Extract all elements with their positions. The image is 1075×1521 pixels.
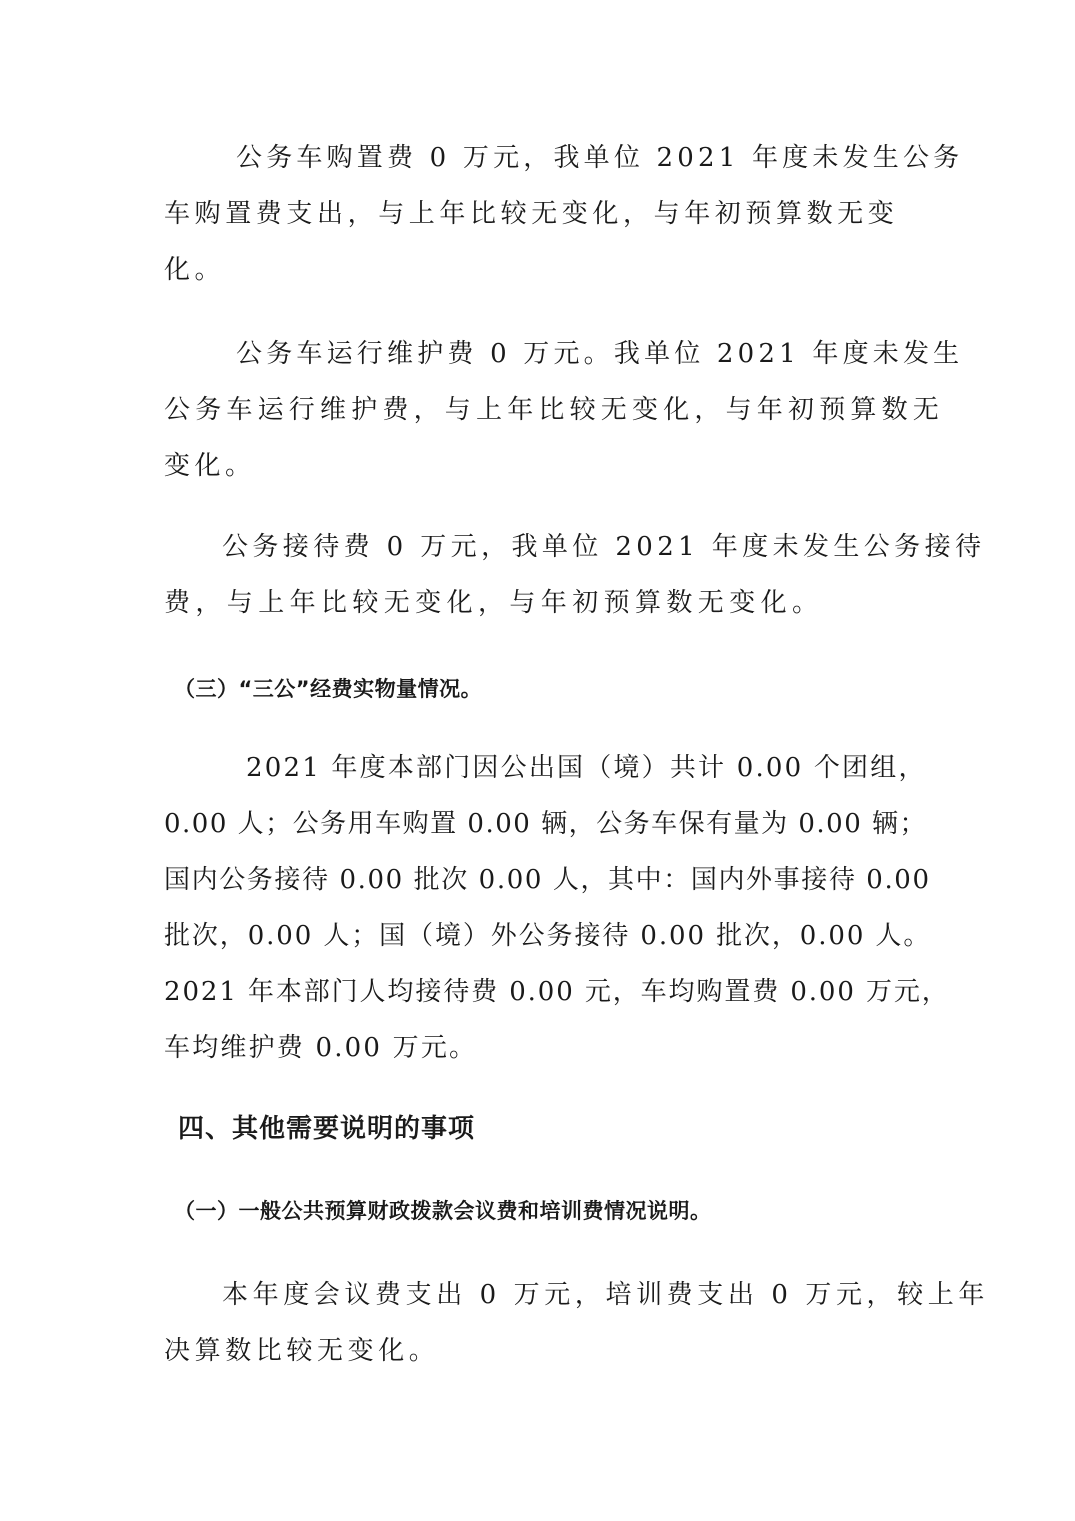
physical-quantity-line-4: 批次，0.00 人；国（境）外公务接待 0.00 批次，0.00 人。 <box>164 919 931 953</box>
physical-quantity-line-2: 0.00 人；公务用车购置 0.00 辆，公务车保有量为 0.00 辆； <box>164 807 927 841</box>
paragraph-vehicle-purchase-line-1: 公务车购置费 0 万元，我单位 2021 年度未发生公务 <box>236 141 963 175</box>
meeting-training-line-2: 决算数比较无变化。 <box>164 1334 439 1368</box>
paragraph-reception-line-1: 公务接待费 0 万元，我单位 2021 年度未发生公务接待 <box>222 530 985 564</box>
physical-quantity-line-3: 国内公务接待 0.00 批次 0.00 人，其中：国内外事接待 0.00 <box>164 863 931 897</box>
subheading-three-public-quantity: （三）“三公”经费实物量情况。 <box>174 674 482 704</box>
physical-quantity-line-1: 2021 年度本部门因公出国（境）共计 0.00 个团组， <box>246 751 927 785</box>
physical-quantity-line-5: 2021 年本部门人均接待费 0.00 元，车均购置费 0.00 万元， <box>164 975 950 1009</box>
document-page: 公务车购置费 0 万元，我单位 2021 年度未发生公务 车购置费支出，与上年比… <box>0 0 1075 1521</box>
subheading-meeting-training-fees: （一）一般公共预算财政拨款会议费和培训费情况说明。 <box>174 1196 712 1226</box>
paragraph-vehicle-purchase-line-2: 车购置费支出，与上年比较无变化，与年初预算数无变 <box>164 197 898 231</box>
paragraph-vehicle-maintenance-line-2: 公务车运行维护费，与上年比较无变化，与年初预算数无 <box>164 393 944 427</box>
meeting-training-line-1: 本年度会议费支出 0 万元，培训费支出 0 万元，较上年 <box>222 1278 989 1312</box>
physical-quantity-line-6: 车均维护费 0.00 万元。 <box>164 1031 477 1065</box>
section-four-title: 四、其他需要说明的事项 <box>178 1112 475 1146</box>
paragraph-vehicle-maintenance-line-3: 变化。 <box>164 449 256 483</box>
paragraph-vehicle-maintenance-line-1: 公务车运行维护费 0 万元。我单位 2021 年度未发生 <box>236 337 963 371</box>
paragraph-vehicle-purchase-line-3: 化。 <box>164 253 225 287</box>
paragraph-reception-line-2: 费，与上年比较无变化，与年初预算数无变化。 <box>164 586 823 620</box>
